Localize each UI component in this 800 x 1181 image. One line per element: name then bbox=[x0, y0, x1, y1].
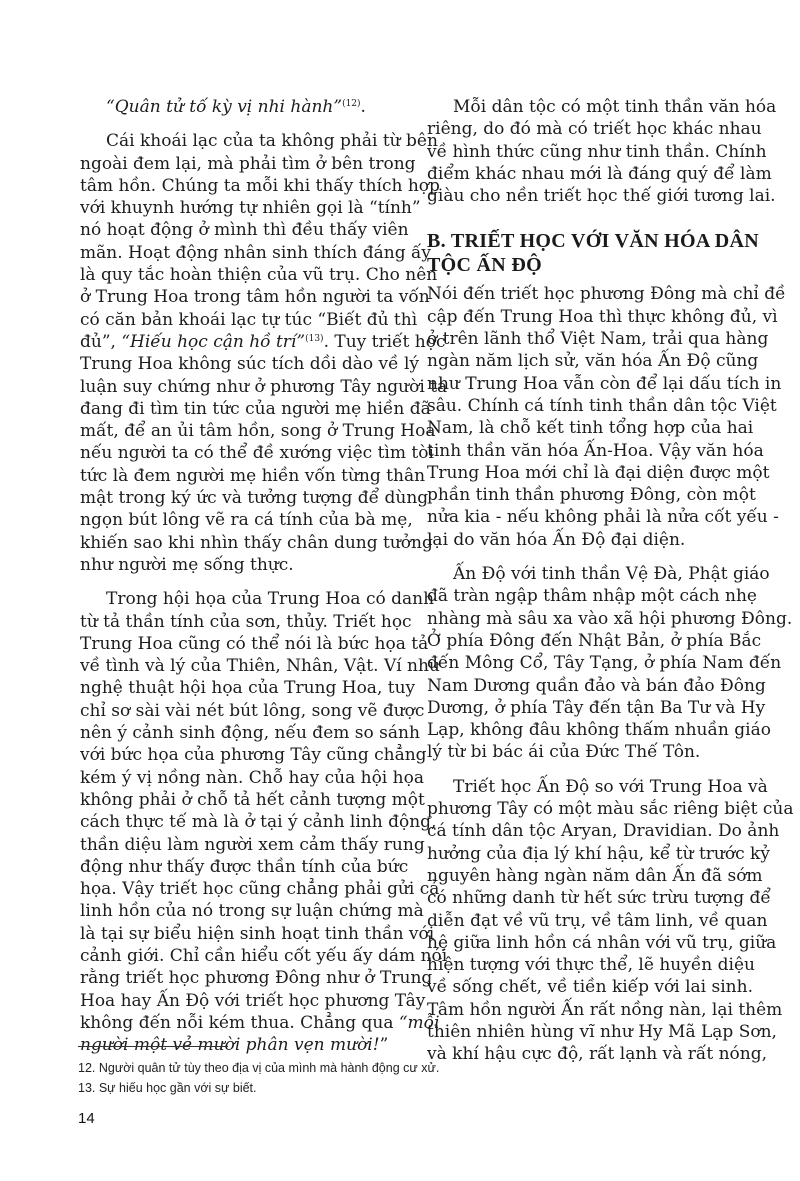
right-paragraph-2: Nói đến triết học phương Đông mà chỉ đề … bbox=[427, 283, 747, 551]
page-number: 14 bbox=[78, 1110, 95, 1127]
mixed-line-13: đủ”, “Hiếu học cận hồ trí”(13). Tuy triế… bbox=[80, 331, 398, 353]
quote-line: “Quân tử tố kỳ vị nhi hành”(12). bbox=[80, 96, 398, 118]
quote-text: “Quân tử tố kỳ vị nhi hành” bbox=[106, 97, 342, 117]
right-paragraph-4: Triết học Ấn Độ so với Trung Hoa và phươ… bbox=[427, 776, 747, 1066]
left-paragraph-1: Cái khoái lạc của ta không phải từ bên n… bbox=[80, 130, 398, 576]
book-page: “Quân tử tố kỳ vị nhi hành”(12). Cái kho… bbox=[0, 0, 800, 1181]
footnote-12: 12. Người quân tử tùy theo địa vị của mì… bbox=[78, 1058, 439, 1078]
right-column: Mỗi dân tộc có một tinh thần văn hóa riê… bbox=[427, 96, 747, 1066]
left-paragraph-2: Trong hội họa của Trung Hoa có danh từ t… bbox=[80, 588, 398, 1056]
right-paragraph-3: Ấn Độ với tinh thần Vệ Đà, Phật giáo đã … bbox=[427, 563, 747, 764]
footnote-divider bbox=[78, 1046, 228, 1047]
left-column: “Quân tử tố kỳ vị nhi hành”(12). Cái kho… bbox=[80, 96, 398, 1056]
footnotes: 12. Người quân tử tùy theo địa vị của mì… bbox=[78, 1058, 439, 1098]
footnote-ref-12[interactable]: (12) bbox=[342, 99, 360, 109]
footnote-ref-13[interactable]: (13) bbox=[305, 334, 323, 344]
footnote-13: 13. Sự hiếu học gần với sự biết. bbox=[78, 1078, 439, 1098]
right-paragraph-1: Mỗi dân tộc có một tinh thần văn hóa riê… bbox=[427, 96, 747, 207]
section-heading: B. TRIẾT HỌC VỚI VĂN HÓA DÂN TỘC ẤN ĐỘ bbox=[427, 229, 747, 277]
